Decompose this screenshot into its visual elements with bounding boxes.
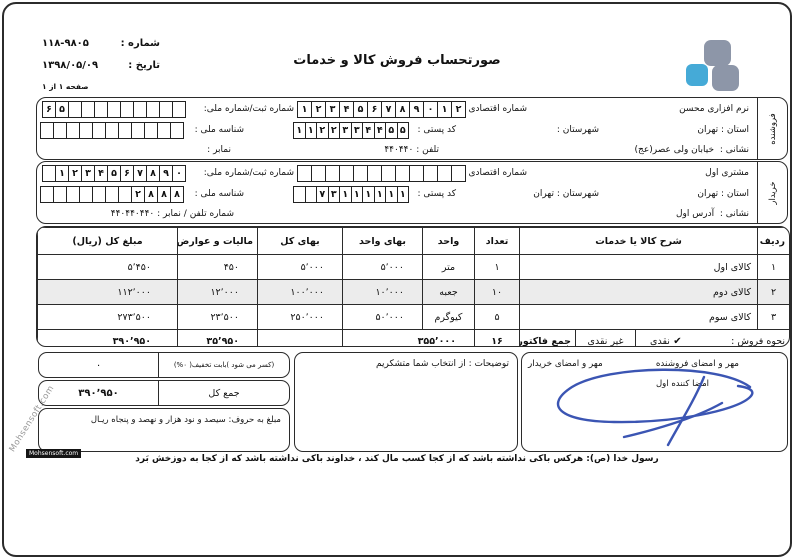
row1-amount: ۵٬۴۵۰ (38, 255, 178, 280)
buyer-address: نشانی : آدرس اول (676, 206, 749, 222)
row2-amount: ۱۱۲٬۰۰۰ (38, 280, 178, 305)
row2-tax: ۱۲٬۰۰۰ (178, 280, 258, 305)
digit-cell (79, 122, 93, 139)
digit-cell (451, 165, 466, 182)
buyer-economic-boxes (298, 165, 466, 182)
watermark-chip: Mohsensoft.com (26, 449, 81, 458)
digit-cell (297, 165, 312, 182)
digit-cell (146, 101, 160, 118)
digit-cell (42, 165, 56, 182)
digit-cell (66, 186, 80, 203)
col-header-amount: مبلغ کل (ریال) (38, 228, 178, 255)
row3-tax: ۲۳٬۵۰۰ (178, 305, 258, 330)
row2-unit-price: ۱۰٬۰۰۰ (343, 280, 423, 305)
digit-cell (409, 165, 424, 182)
col-header-total-price: بهای کل (258, 228, 343, 255)
seller-postal-boxes: ۱۱۲۲۳۳۴۴۵۵ (294, 122, 409, 139)
digit-cell (395, 165, 410, 182)
grand-total-value: ۳۹۰٬۹۵۰ (39, 381, 158, 405)
digit-cell: ۵ (107, 165, 121, 182)
digit-cell: ۴ (94, 165, 108, 182)
seller-name: نرم افزاری محسن (679, 101, 749, 117)
row1-unit: متر (423, 255, 475, 280)
total-tax-sum: ۳۵٬۹۵۰ (178, 330, 258, 348)
digit-cell: ۰ (172, 165, 186, 182)
row3-amount: ۲۷۳٬۵۰۰ (38, 305, 178, 330)
row3-quantity: ۵ (475, 305, 520, 330)
row3-number: ۳ (758, 305, 790, 330)
check-icon: ✔ (673, 336, 681, 347)
invoice-number-line: شماره : ۱۱۸-۹۸۰۵ (42, 38, 160, 49)
logo-square-blue-icon (686, 64, 708, 86)
buyer-national-id-boxes: ۲۸۸۸ (41, 186, 184, 203)
digit-cell: ۱ (397, 186, 410, 203)
col-header-tax: مالیات و عوارض (178, 228, 258, 255)
digit-cell (437, 165, 452, 182)
buyer-city: شهرستان : تهران (533, 186, 599, 202)
seller-fax: نمابر : (207, 142, 231, 158)
hadith-text: رسول خدا (ص): هرکس باکی نداشته باشد که ا… (0, 454, 794, 464)
digit-cell (157, 122, 171, 139)
digit-cell: ۸ (146, 165, 160, 182)
digit-cell: ۲ (131, 186, 145, 203)
digit-cell: ۷ (133, 165, 147, 182)
row2-description: کالای دوم (520, 280, 758, 305)
row1-number: ۱ (758, 255, 790, 280)
digit-cell (68, 101, 82, 118)
seller-national-id-label: شناسه ملی : (195, 122, 244, 138)
digit-cell (79, 186, 93, 203)
grand-amount-sum: ۳۹۰٬۹۵۰ (38, 330, 178, 348)
digit-cell (120, 101, 134, 118)
digit-cell: ۰ (423, 101, 438, 118)
cash-option: ✔ نقدی (650, 336, 682, 347)
non-cash-option: غیر نقدی (576, 330, 636, 348)
buyer-side-strip: خریدار (757, 162, 787, 223)
table-header-row: ردیف شرح کالا یا خدمات تعداد واحد بهای و… (38, 228, 790, 255)
buyer-province: استان : تهران (697, 186, 749, 202)
digit-cell: ۳ (325, 101, 340, 118)
seller-phone: تلفن : ۴۴۰۴۴۰ (384, 142, 439, 158)
digit-cell (367, 165, 382, 182)
seller-city: شهرستان : (557, 122, 599, 138)
buyer-national-id-label: شناسه ملی : (195, 186, 244, 202)
digit-cell (40, 186, 54, 203)
digit-cell: ۴ (339, 101, 354, 118)
invoice-date-line: تاریخ : ۱۳۹۸/۰۵/۰۹ (42, 60, 160, 71)
col-header-description: شرح کالا یا خدمات (520, 228, 758, 255)
row2-quantity: ۱۰ (475, 280, 520, 305)
logo-square-gray-bottom-icon (712, 65, 739, 91)
col-header-unit-price: بهای واحد (343, 228, 423, 255)
items-table: ردیف شرح کالا یا خدمات تعداد واحد بهای و… (36, 226, 790, 347)
buyer-name: مشتری اول (705, 165, 749, 181)
seller-box: فروشنده نرم افزاری محسن شماره اقتصادی : … (36, 97, 788, 160)
digit-cell (92, 122, 106, 139)
digit-cell: ۵ (397, 122, 410, 139)
digit-cell (144, 122, 158, 139)
digit-cell (40, 122, 54, 139)
digit-cell: ۷ (381, 101, 396, 118)
seller-economic-label: شماره اقتصادی : (463, 101, 527, 117)
signature-box: مهر و امضای فروشنده مهر و امضای خریدار ا… (521, 352, 788, 452)
table-row: ۲ کالای دوم ۱۰ جعبه ۱۰٬۰۰۰ ۱۰۰٬۰۰۰ ۱۲٬۰۰… (38, 280, 790, 305)
digit-cell: ۳ (81, 165, 95, 182)
digit-cell: ۸ (144, 186, 158, 203)
handwritten-signature (538, 357, 763, 447)
discount-label: (کسر می شود )بابت تخفیف( ۰%) (158, 353, 289, 377)
digit-cell (105, 186, 119, 203)
digit-cell: ۱ (55, 165, 69, 182)
discount-value: ۰ (39, 353, 158, 377)
buyer-box: خریدار مشتری اول شماره اقتصادی : شماره ث… (36, 161, 788, 224)
col-header-quantity: تعداد (475, 228, 520, 255)
seller-side-strip: فروشنده (757, 98, 787, 159)
seller-province: استان : تهران (697, 122, 749, 138)
totals-row: نحوه فروش : ✔ نقدی غیر نقدی جمع فاکتور: … (38, 330, 790, 348)
buyer-registration-label: شماره ثبت/شماره ملی: (204, 165, 294, 181)
col-header-unit: واحد (423, 228, 475, 255)
digit-cell (339, 165, 354, 182)
row3-description: کالای سوم (520, 305, 758, 330)
comments-text: توضیحات : از انتخاب شما متشکریم (295, 353, 517, 375)
buyer-phone: شماره تلفن / نمابر : ۴۴۰۴۴۰۴۴۰ (111, 206, 234, 222)
digit-cell: ۹ (409, 101, 424, 118)
digit-cell (94, 101, 108, 118)
invoice-sum-label: جمع فاکتور: (520, 330, 576, 348)
invoice-date-label: تاریخ : (128, 60, 160, 71)
digit-cell (170, 122, 184, 139)
digit-cell: ۸ (157, 186, 171, 203)
digit-cell: ۱ (437, 101, 452, 118)
seller-registration-boxes: ۶۵ (43, 101, 186, 118)
digit-cell: ۲ (68, 165, 82, 182)
digit-cell (118, 186, 132, 203)
digit-cell: ۱ (297, 101, 312, 118)
digit-cell (159, 101, 173, 118)
digit-cell (53, 186, 67, 203)
invoice-number-label: شماره : (121, 38, 160, 49)
seller-postal-label: کد پستی : (417, 122, 456, 138)
sale-method-label: نحوه فروش : (731, 336, 785, 347)
amount-in-words: مبلغ به حروف: سیصد و نود هزار و نهصد و پ… (39, 409, 289, 431)
digit-cell (353, 165, 368, 182)
digit-cell: ۶ (367, 101, 382, 118)
digit-cell (92, 186, 106, 203)
row1-unit-price: ۵٬۰۰۰ (343, 255, 423, 280)
seller-address: نشانی : خیابان ولی عصر(عج) (635, 142, 749, 158)
digit-cell (172, 101, 186, 118)
document-title: صورتحساب فروش کالا و خدمات (247, 53, 547, 68)
discount-box: ۰ (کسر می شود )بابت تخفیف( ۰%) (38, 352, 290, 378)
empty-total-cell (258, 330, 343, 348)
digit-cell: ۹ (159, 165, 173, 182)
digit-cell (81, 101, 95, 118)
digit-cell (131, 122, 145, 139)
row1-description: کالای اول (520, 255, 758, 280)
seller-economic-boxes: ۱۲۳۴۵۶۷۸۹۰۱۲ (298, 101, 466, 118)
digit-cell: ۵ (55, 101, 69, 118)
grand-total-box: ۳۹۰٬۹۵۰ جمع کل (38, 380, 290, 406)
digit-cell: ۶ (42, 101, 56, 118)
row1-quantity: ۱ (475, 255, 520, 280)
digit-cell (118, 122, 132, 139)
row3-total-price: ۲۵۰٬۰۰۰ (258, 305, 343, 330)
total-quantity: ۱۶ (475, 330, 520, 348)
row3-unit-price: ۵۰٬۰۰۰ (343, 305, 423, 330)
buyer-postal-label: کد پستی : (417, 186, 456, 202)
digit-cell (381, 165, 396, 182)
digit-cell: ۸ (395, 101, 410, 118)
total-price-sum: ۳۵۵٬۰۰۰ (343, 330, 475, 348)
digit-cell (107, 101, 121, 118)
digit-cell (53, 122, 67, 139)
digit-cell (66, 122, 80, 139)
digit-cell: ۲ (451, 101, 466, 118)
page-number-info: صفحه ۱ از ۱ (42, 82, 89, 91)
amount-in-words-box: مبلغ به حروف: سیصد و نود هزار و نهصد و پ… (38, 408, 290, 452)
invoice-number-value: ۱۱۸-۹۸۰۵ (42, 38, 89, 49)
digit-cell: ۵ (353, 101, 368, 118)
comments-box: توضیحات : از انتخاب شما متشکریم (294, 352, 518, 452)
buyer-economic-label: شماره اقتصادی : (463, 165, 527, 181)
seller-side-label: فروشنده (768, 113, 778, 144)
digit-cell (325, 165, 340, 182)
digit-cell: ۲ (311, 101, 326, 118)
grand-total-label: جمع کل (158, 381, 289, 405)
buyer-registration-boxes: ۱۲۳۴۵۶۷۸۹۰ (43, 165, 186, 182)
digit-cell (133, 101, 147, 118)
col-header-row-number: ردیف (758, 228, 790, 255)
invoice-date-value: ۱۳۹۸/۰۵/۰۹ (42, 60, 98, 71)
digit-cell (105, 122, 119, 139)
sale-method-cell: نحوه فروش : ✔ نقدی (636, 330, 790, 348)
invoice-page: شماره : ۱۱۸-۹۸۰۵ تاریخ : ۱۳۹۸/۰۵/۰۹ صفحه… (0, 0, 794, 559)
digit-cell: ۶ (120, 165, 134, 182)
row2-total-price: ۱۰۰٬۰۰۰ (258, 280, 343, 305)
row2-number: ۲ (758, 280, 790, 305)
digit-cell: ۸ (170, 186, 184, 203)
logo-square-gray-top-icon (704, 40, 731, 66)
row2-unit: جعبه (423, 280, 475, 305)
row1-total-price: ۵٬۰۰۰ (258, 255, 343, 280)
digit-cell (311, 165, 326, 182)
buyer-postal-boxes: ۷۳۱۱۱۱۱۱ (294, 186, 409, 203)
row3-unit: کیوگرم (423, 305, 475, 330)
seller-national-id-boxes (41, 122, 184, 139)
digit-cell (423, 165, 438, 182)
buyer-side-label: خریدار (768, 181, 778, 204)
row1-tax: ۴۵۰ (178, 255, 258, 280)
table-row: ۳ کالای سوم ۵ کیوگرم ۵۰٬۰۰۰ ۲۵۰٬۰۰۰ ۲۳٬۵… (38, 305, 790, 330)
table-row: ۱ کالای اول ۱ متر ۵٬۰۰۰ ۵٬۰۰۰ ۴۵۰ ۵٬۴۵۰ (38, 255, 790, 280)
seller-registration-label: شماره ثبت/شماره ملی: (204, 101, 294, 117)
